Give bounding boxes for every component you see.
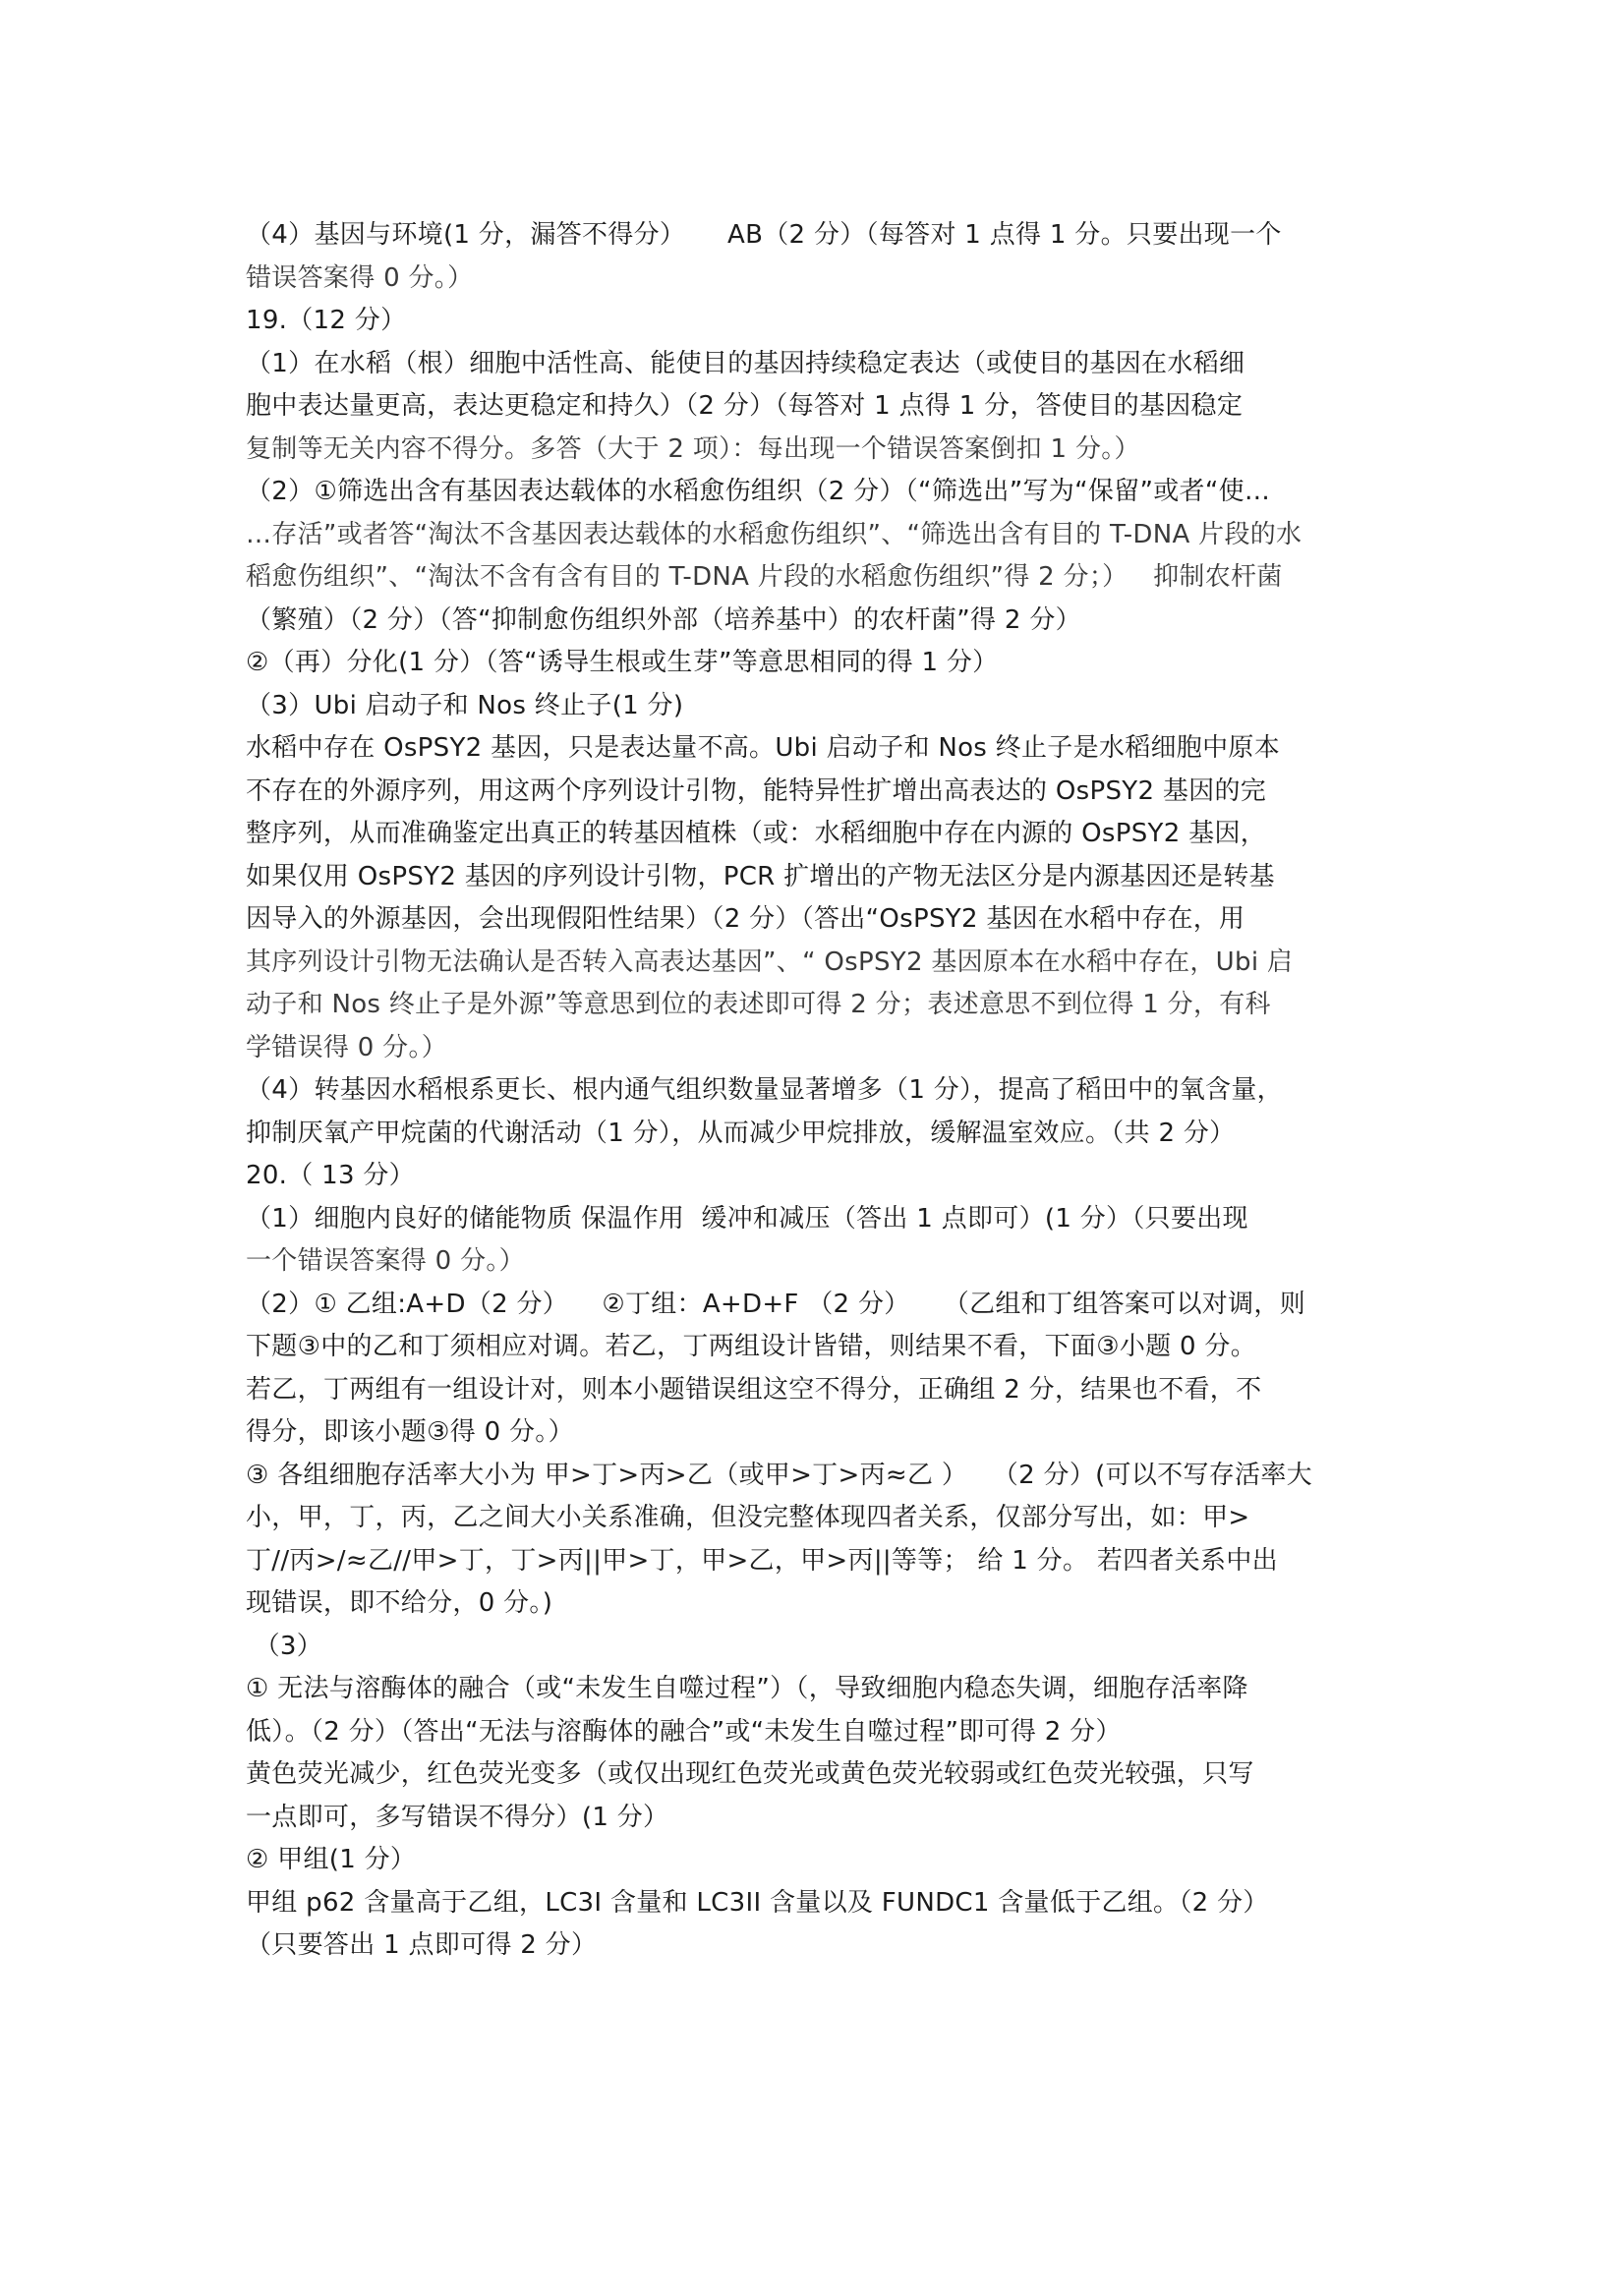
q20-3-2-line1: ② 甲组(1 分）	[246, 1839, 1386, 1882]
q19-3-line1: 水稻中存在 OsPSY2 基因，只是表达量不高。Ubi 启动子和 Nos 终止子…	[246, 727, 1386, 771]
q19-1-line3: 复制等无关内容不得分。多答（大于 2 项）：每出现一个错误答案倒扣 1 分。）	[246, 429, 1386, 472]
q20-2-line1: （2）① 乙组:A+D（2 分） ②丁组：A+D+F （2 分） （乙组和丁组答…	[246, 1284, 1386, 1327]
q19-2-2-line: ②（再）分化(1 分）（答“诱导生根或生芽”等意思相同的得 1 分）	[246, 642, 1386, 685]
q20-2-line4: 得分，即该小题③得 0 分。）	[246, 1411, 1386, 1455]
q20-3-1-line2: 低）。（2 分）（答出“无法与溶酶体的融合”或“未发生自噬过程”即可得 2 分）	[246, 1711, 1386, 1754]
q20-2-3-line4: 现错误，即不给分，0 分。)	[246, 1582, 1386, 1626]
q19-3-line7: 动子和 Nos 终止子是外源”等意思到位的表述即可得 2 分；表述意思不到位得 …	[246, 984, 1386, 1027]
q20-1-line1: （1）细胞内良好的储能物质 保温作用 缓冲和减压（答出 1 点即可）(1 分）（…	[246, 1198, 1386, 1241]
q19-3-line4: 如果仅用 OsPSY2 基因的序列设计引物，PCR 扩增出的产物无法区分是内源基…	[246, 856, 1386, 899]
q20-2-3-line2: 小，甲，丁，丙，乙之间大小关系准确，但没完整体现四者关系，仅部分写出，如：甲>	[246, 1497, 1386, 1540]
q20-1-line2: 一个错误答案得 0 分。）	[246, 1240, 1386, 1284]
q19-heading: 19.（12 分）	[246, 300, 1386, 343]
q20-3-1-line3: 黄色荧光减少，红色荧光变多（或仅出现红色荧光或黄色荧光较弱或红色荧光较强，只写	[246, 1753, 1386, 1797]
q19-3-line3: 整序列，从而准确鉴定出真正的转基因植株（或：水稻细胞中存在内源的 OsPSY2 …	[246, 813, 1386, 856]
q20-3-2-line3: （只要答出 1 点即可得 2 分）	[246, 1924, 1386, 1968]
q19-1-line2: 胞中表达量更高，表达更稳定和持久）（2 分）（每答对 1 点得 1 分，答使目的…	[246, 385, 1386, 429]
answer-key-page: （4）基因与环境(1 分，漏答不得分） AB（2 分）（每答对 1 点得 1 分…	[246, 214, 1386, 1968]
q19-2-line3: 稻愈伤组织”、“淘汰不含有含有目的 T-DNA 片段的水稻愈伤组织”得 2 分；…	[246, 556, 1386, 600]
q19-3-heading: （3）Ubi 启动子和 Nos 终止子(1 分)	[246, 685, 1386, 728]
q20-heading: 20.（ 13 分）	[246, 1155, 1386, 1198]
q19-2-line2: …存活”或者答“淘汰不含基因表达载体的水稻愈伤组织”、“筛选出含有目的 T-DN…	[246, 514, 1386, 557]
q20-2-line3: 若乙，丁两组有一组设计对，则本小题错误组这空不得分，正确组 2 分，结果也不看，…	[246, 1369, 1386, 1412]
q18-4-line2: 错误答案得 0 分。）	[246, 258, 1386, 301]
q19-4-line1: （4）转基因水稻根系更长、根内通气组织数量显著增多（1 分），提高了稻田中的氧含…	[246, 1069, 1386, 1113]
q20-2-3-line1: ③ 各组细胞存活率大小为 甲>丁>丙>乙（或甲>丁>丙≈乙 ） （2 分）(可以…	[246, 1455, 1386, 1498]
q19-4-line2: 抑制厌氧产甲烷菌的代谢活动（1 分），从而减少甲烷排放，缓解温室效应。（共 2 …	[246, 1113, 1386, 1156]
q20-3-2-line2: 甲组 p62 含量高于乙组，LC3I 含量和 LC3II 含量以及 FUNDC1…	[246, 1882, 1386, 1925]
q19-2-line4: （繁殖）（2 分）（答“抑制愈伤组织外部（培养基中）的农杆菌”得 2 分）	[246, 600, 1386, 643]
q19-3-line2: 不存在的外源序列，用这两个序列设计引物，能特异性扩增出高表达的 OsPSY2 基…	[246, 771, 1386, 814]
q20-3-1-line1: ① 无法与溶酶体的融合（或“未发生自噬过程”）（，导致细胞内稳态失调，细胞存活率…	[246, 1668, 1386, 1711]
q19-3-line5: 因导入的外源基因，会出现假阳性结果）（2 分）（答出“OsPSY2 基因在水稻中…	[246, 898, 1386, 942]
q20-2-line2: 下题③中的乙和丁须相应对调。若乙，丁两组设计皆错，则结果不看，下面③小题 0 分…	[246, 1326, 1386, 1369]
q20-3-heading: （3）	[246, 1626, 1386, 1669]
q19-3-line8: 学错误得 0 分。）	[246, 1027, 1386, 1070]
q20-2-3-line3: 丁//丙>/≈乙//甲>丁，丁>丙||甲>丁，甲>乙，甲>丙||等等； 给 1 …	[246, 1540, 1386, 1583]
q18-4-line1: （4）基因与环境(1 分，漏答不得分） AB（2 分）（每答对 1 点得 1 分…	[246, 214, 1386, 258]
q19-2-line1: （2）①筛选出含有基因表达载体的水稻愈伤组织（2 分）（“筛选出”写为“保留”或…	[246, 471, 1386, 514]
q20-3-1-line4: 一点即可，多写错误不得分）(1 分）	[246, 1797, 1386, 1840]
q19-3-line6: 其序列设计引物无法确认是否转入高表达基因”、“ OsPSY2 基因原本在水稻中存…	[246, 942, 1386, 985]
q19-1-line1: （1）在水稻（根）细胞中活性高、能使目的基因持续稳定表达（或使目的基因在水稻细	[246, 343, 1386, 386]
